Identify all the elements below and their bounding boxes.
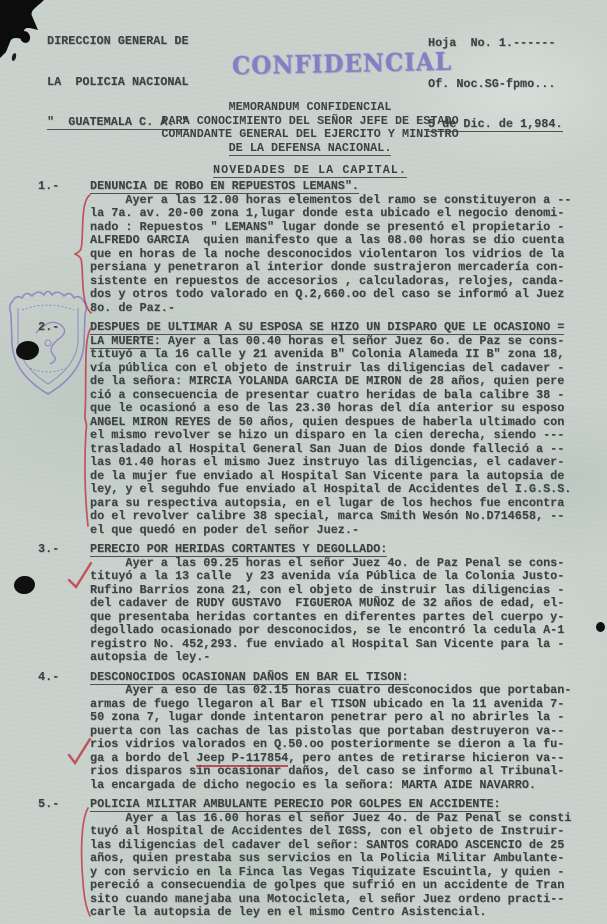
text-line: para su respectiva autopsia, en el lugar…	[90, 497, 583, 511]
section-number: 2.-	[38, 321, 90, 537]
text-line: que le ocasionó a eso de las 23.30 horas…	[90, 402, 583, 416]
text-line: carle la autopsia de ley en el mismo Cen…	[90, 906, 583, 920]
memo-body: 1.- DENUNCIA DE ROBO EN REPUESTOS LEMANS…	[38, 180, 583, 924]
section-4-bar-damage: 4.- DESCONOCIDOS OCASIONAN DAÑOS EN BAR …	[38, 671, 583, 793]
text-line: Rufino Barrios zona 21, con el objeto de…	[90, 584, 583, 598]
text-line: puerta con las cachas de las pistolas qu…	[90, 725, 583, 739]
section-heading: DESCONOCIDOS OCASIONAN DAÑOS EN BAR EL T…	[90, 671, 583, 685]
text-line: vía pública con el objeto de instruir la…	[90, 362, 583, 376]
section-text: Ayer a las 09.25 horas el señor Juez 4o.…	[90, 557, 583, 665]
section-heading: PERECIO POR HERIDAS CORTANTES Y DEGOLLAD…	[90, 543, 583, 557]
section-heading: DENUNCIA DE ROBO EN REPUESTOS LEMANS".	[90, 180, 583, 194]
text-line: dos y otros todo valorado en Q.2,660.oo …	[90, 288, 583, 302]
letterhead-line: DIRECCION GENERAL DE	[47, 35, 189, 49]
memo-title: MEMORANDUM CONFIDENCIAL	[0, 101, 607, 115]
section-1-robbery: 1.- DENUNCIA DE ROBO EN REPUESTOS LEMANS…	[38, 180, 583, 315]
text-line: las 01.40 horas el mismo Juez instruyo l…	[90, 456, 583, 470]
office-reference: Of. Noc.SG-fpmo...	[428, 78, 563, 92]
section-text: tituyó a la 16 calle y 21 avenida B" Col…	[90, 348, 583, 537]
letterhead-line: LA POLICIA NACIONAL	[47, 76, 189, 90]
text-line: ció a consecuencia de presentar cuatro h…	[90, 389, 583, 403]
text-line: degollado ocasionado por desconocidos, s…	[90, 624, 583, 638]
memo-title-block: MEMORANDUM CONFIDENCIAL PARA CONOCIMIENT…	[0, 101, 607, 178]
text-line: Ayer a las 16.00 horas el señor Juez 4o.…	[90, 812, 583, 826]
text-line: Ayer a eso de las 02.15 horas cuatro des…	[90, 684, 583, 698]
text-line: ANGEL MIRON REYES de 50 años, quien desp…	[90, 416, 583, 430]
section-heading-continuation: LA MUERTE: Ayer a las 00.40 horas el señ…	[90, 335, 583, 349]
scanned-memo-page: { "page": { "ink_color": "#3c4244", "red…	[0, 0, 607, 924]
section-text: Ayer a las 12.00 horas elementos del ram…	[90, 194, 583, 316]
text-line: de la mujer fue enviado al Hospital San …	[90, 470, 583, 484]
text-line: pereció a consecuendia de golpes que suf…	[90, 879, 583, 893]
text-line: tituyó a la 13 calle y 23 avenida vía Pú…	[90, 570, 583, 584]
text-line: tuyó al Hospital de Accidentes del IGSS,…	[90, 825, 583, 839]
memo-addressee: COMANDANTE GENERAL DEL EJERCITO Y MINIST…	[0, 128, 607, 142]
section-3-stabbing-victim: 3.- PERECIO POR HERIDAS CORTANTES Y DEGO…	[38, 543, 583, 665]
text-line: del cadaver de RUDY GUSTAVO FIGUEROA MUÑ…	[90, 597, 583, 611]
text-line: trasladado al Hospital General San Juan …	[90, 443, 583, 457]
text-line: Ayer a las 09.25 horas el señor Juez 4o.…	[90, 557, 583, 571]
text-line: Ayer a las 12.00 horas elementos del ram…	[90, 194, 583, 208]
text-line: el que quedó en poder del señor Juez.-	[90, 524, 583, 538]
text-line: autopsia de ley.-	[90, 651, 583, 665]
torn-corner-artifact	[0, 0, 62, 72]
text-line: que en horas de la noche desconocidos vi…	[90, 248, 583, 262]
text-line: persiana y penetraron al interior donde …	[90, 261, 583, 275]
text-line: las diligencias del cadaver del señor: S…	[90, 839, 583, 853]
section-number: 1.-	[38, 180, 90, 315]
section-text: rios disparos sin ocasionar daños, del c…	[90, 765, 583, 792]
text-line: registro No. 452,293. fue enviado al Hos…	[90, 638, 583, 652]
text-line: la 7a. av. 20-00 zona 1,lugar donde esta…	[90, 207, 583, 221]
text-line: sistente en repuestos de accesorios , ca…	[90, 275, 583, 289]
memo-addressee: DE LA DEFENSA NACIONAL.	[0, 142, 607, 156]
text-line: 8o. de Paz.-	[90, 302, 583, 316]
text-line: ALFREDO GARCIA quien manifesto que a las…	[90, 234, 583, 248]
text-line: tituyó a la 16 calle y 21 avenida B" Col…	[90, 348, 583, 362]
section-2-murder-suicide: 2.- DESPUES DE ULTIMAR A SU ESPOSA SE HI…	[38, 321, 583, 537]
text-line: y con servicio en la Finca las Vegas Tiq…	[90, 866, 583, 880]
text-line: sito cuando manejaba una Motocicleta, el…	[90, 893, 583, 907]
jeep-plate-line: ga a bordo del Jeep P-117854, pero antes…	[90, 752, 583, 766]
text-line: rios disparos sin ocasionar daños, del c…	[90, 765, 583, 779]
text-line: armas de fuego llegaron al Bar el TISON …	[90, 698, 583, 712]
section-heading: POLICIA MILITAR AMBULANTE PERECIO POR GO…	[90, 798, 583, 812]
text-line: el mismo revolver se hizo un disparo en …	[90, 429, 583, 443]
text-line: nado : Repuestos " LEMANS" lugar donde s…	[90, 221, 583, 235]
text-line: rios vidrios valorados en Q.50.oo poster…	[90, 738, 583, 752]
memo-addressee: PARA CONOCIMIENTO DEL SEÑOR JEFE DE ESTA…	[0, 115, 607, 129]
confidencial-rubber-stamp: CONFIDENCIAL	[232, 47, 433, 83]
section-number: 4.-	[38, 671, 90, 793]
section-number: 3.-	[38, 543, 90, 665]
text-line: la encargada de dicho negocio es la seño…	[90, 779, 583, 793]
text-line: ley, y el seguhdo fue enviado al Hospita…	[90, 483, 583, 497]
text-line: que presentaba heridas cortantes en dife…	[90, 611, 583, 625]
section-heading: DESPUES DE ULTIMAR A SU ESPOSA SE HIZO U…	[90, 321, 583, 335]
text-line: do el revolver calibre 38 special, marca…	[90, 510, 583, 524]
text-line: 50 zona 7, lugar donde intentaron penetr…	[90, 711, 583, 725]
text-line: años, quien prestaba sus servicios en la…	[90, 852, 583, 866]
ink-speck	[596, 622, 605, 632]
section-text: Ayer a las 16.00 horas el señor Juez 4o.…	[90, 812, 583, 920]
text-line: de la señora: MIRCIA YOLANDA GARCIA DE M…	[90, 375, 583, 389]
section-text: Ayer a eso de las 02.15 horas cuatro des…	[90, 684, 583, 752]
section-5-military-police-accident: 5.- POLICIA MILITAR AMBULANTE PERECIO PO…	[38, 798, 583, 920]
memo-subtitle: NOVEDADES DE LA CAPITAL.	[0, 164, 607, 178]
ink-blot	[13, 575, 36, 595]
section-number: 5.-	[38, 798, 90, 920]
